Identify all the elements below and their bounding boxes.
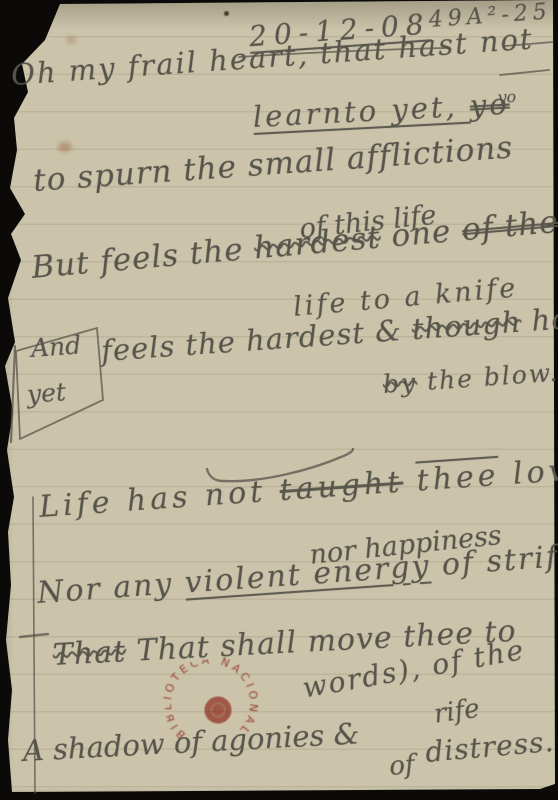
poem-line-3: to spurn the small afflictions — [32, 129, 514, 198]
poem-line-15b: of — [388, 750, 416, 782]
poem-line-2-insert: yo — [497, 87, 517, 107]
insert-word-and: And — [30, 331, 82, 363]
poem-line-14: rife — [432, 694, 481, 730]
insert-word-yet: yet — [26, 377, 67, 409]
poem-line-2: learnto yet, yo — [252, 87, 511, 134]
poem-line-5: But feels the hardest one of the — [30, 204, 558, 286]
library-stamp: BIBLIOTECA NACIONAL — [158, 650, 278, 770]
poem-line-16: distress. — [424, 725, 555, 769]
poem-line-9: Life has not taught thee love — [38, 451, 558, 525]
poem-line-11: Nor any violent energy of strife — [36, 538, 558, 611]
stamp-emblem — [202, 694, 233, 725]
scanned-manuscript-page: 20-12-0849A²-25Oh my frail heart, that h… — [0, 0, 558, 800]
manuscript-text: 20-12-0849A²-25Oh my frail heart, that h… — [0, 0, 558, 800]
poem-line-8: by the blow. — [382, 358, 558, 399]
